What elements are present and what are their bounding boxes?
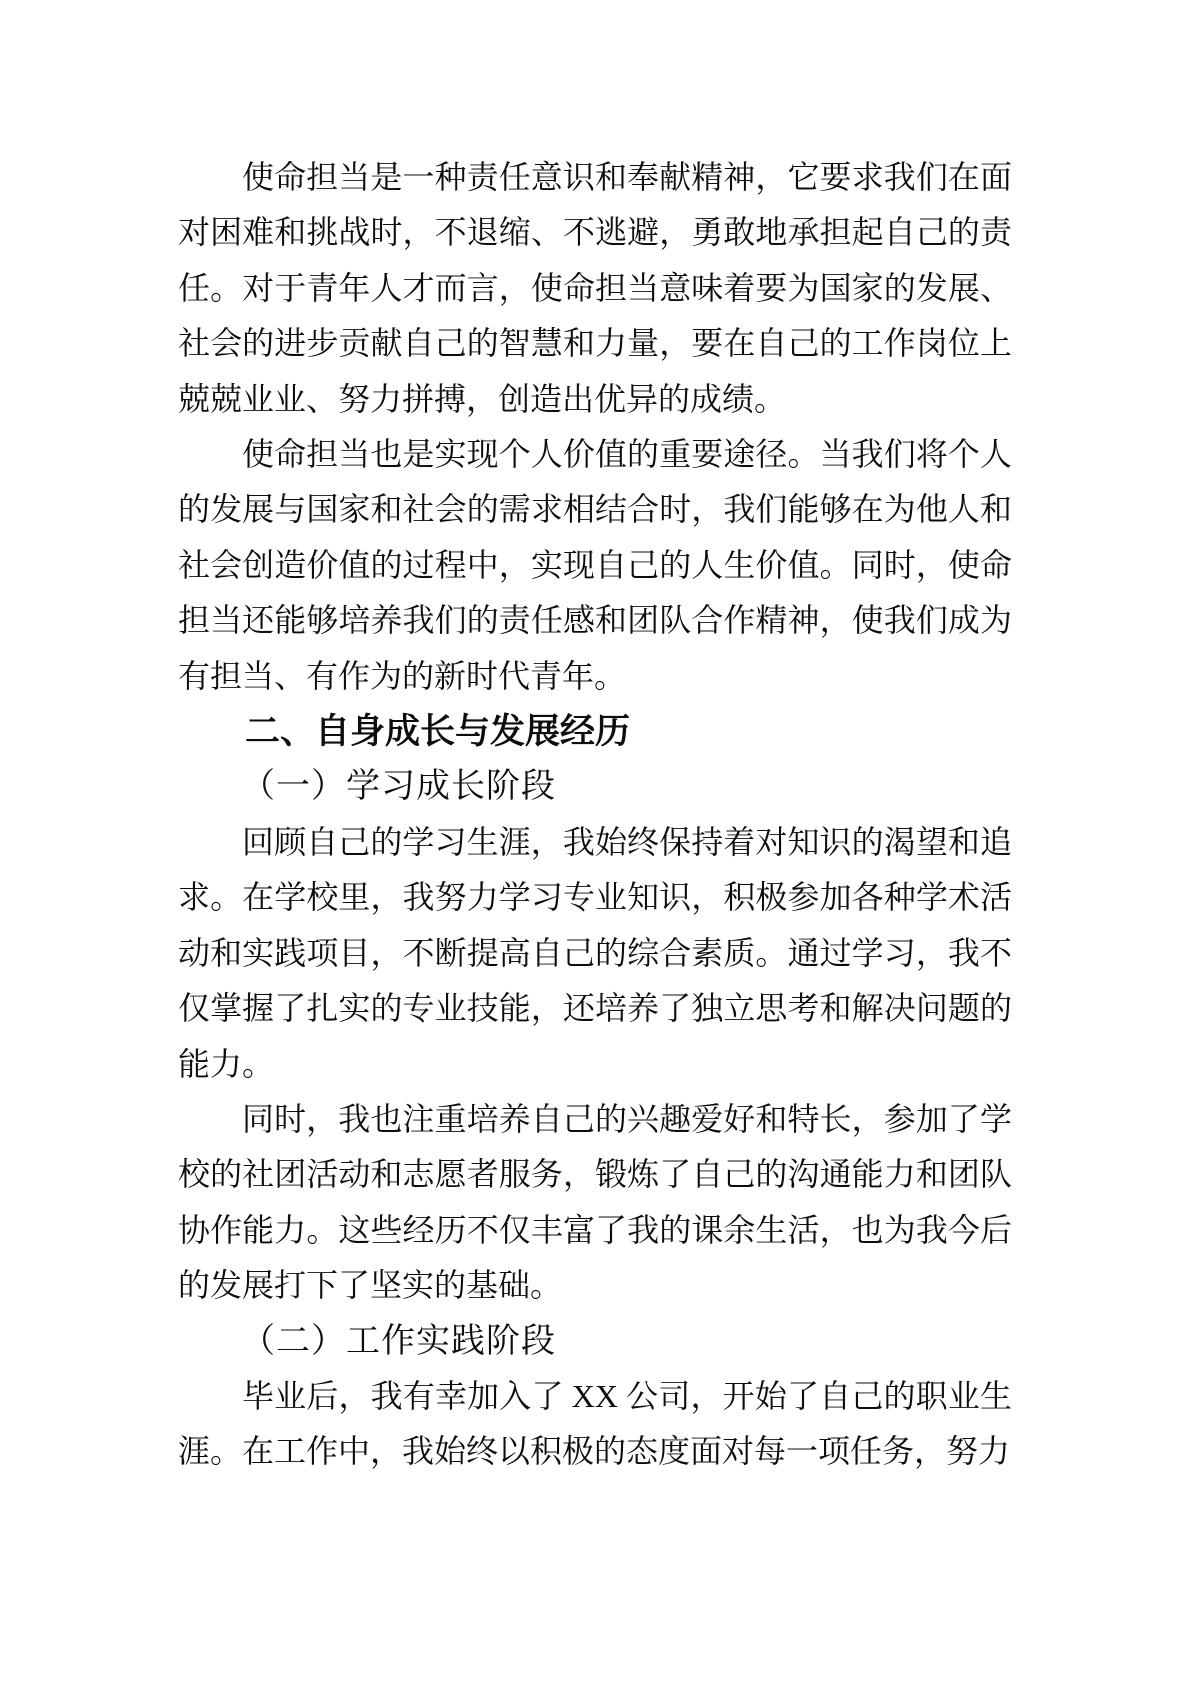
body-paragraph: 使命担当也是实现个人价值的重要途径。当我们将个人的发展与国家和社会的需求相结合时… (178, 427, 1012, 704)
body-paragraph: 回顾自己的学习生涯，我始终保持着对知识的渴望和追求。在学校里，我努力学习专业知识… (178, 815, 1012, 1092)
document-page: 使命担当是一种责任意识和奉献精神，它要求我们在面对困难和挑战时，不退缩、不逃避，… (0, 0, 1190, 1683)
subsection-heading: （二）工作实践阶段 (178, 1314, 1012, 1369)
body-paragraph: 毕业后，我有幸加入了 XX 公司，开始了自己的职业生涯。在工作中，我始终以积极的… (178, 1369, 1012, 1480)
body-paragraph: 使命担当是一种责任意识和奉献精神，它要求我们在面对困难和挑战时，不退缩、不逃避，… (178, 150, 1012, 427)
subsection-heading: （一）学习成长阶段 (178, 759, 1012, 814)
document-body: 使命担当是一种责任意识和奉献精神，它要求我们在面对困难和挑战时，不退缩、不逃避，… (178, 150, 1012, 1480)
body-paragraph: 同时，我也注重培养自己的兴趣爱好和特长，参加了学校的社团活动和志愿者服务，锻炼了… (178, 1092, 1012, 1314)
section-heading: 二、自身成长与发展经历 (178, 704, 1012, 759)
